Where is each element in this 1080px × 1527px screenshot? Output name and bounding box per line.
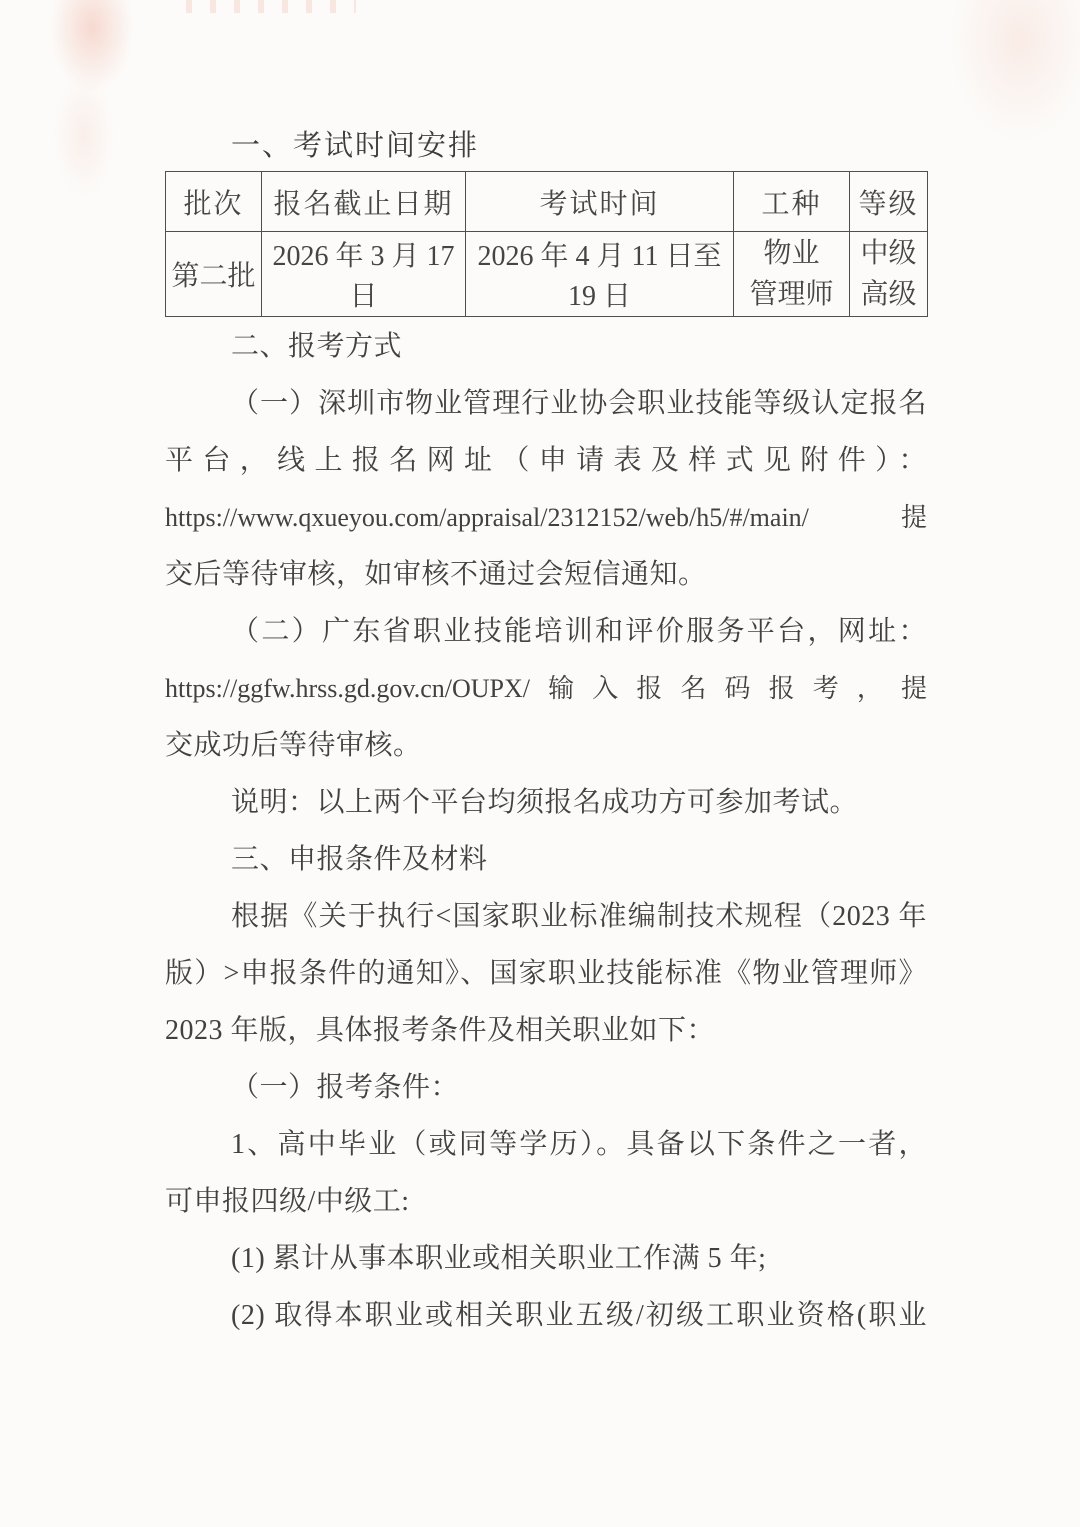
cell-trade-line-1: 物业 — [734, 233, 849, 274]
section-heading-application-conditions: 三、申报条件及材料 — [165, 831, 927, 888]
cell-exam-time: 2026 年 4 月 11 日至 19 日 — [466, 232, 734, 317]
scanned-document-page: 一、考试时间安排 批次 报名截止日期 考试时间 工种 等级 — [0, 0, 1080, 1527]
subsection-heading-conditions: （一）报考条件： — [165, 1059, 927, 1116]
text-line: 可申报四级/中级工: — [165, 1173, 927, 1230]
table-row: 第二批 2026 年 3 月 17 日 2026 年 4 月 11 日至 19 … — [166, 232, 928, 317]
col-header-trade: 工种 — [734, 172, 850, 232]
document-content: 一、考试时间安排 批次 报名截止日期 考试时间 工种 等级 — [165, 128, 927, 1344]
col-header-deadline: 报名截止日期 — [262, 172, 466, 232]
text-line: 版）>申报条件的通知》、国家职业技能标准《物业管理师》 — [165, 945, 927, 1002]
section-heading-registration-method: 二、报考方式 — [165, 318, 927, 375]
exam-schedule-table: 批次 报名截止日期 考试时间 工种 等级 第二批 2026 年 3 月 17 日… — [165, 171, 928, 317]
cell-deadline: 2026 年 3 月 17 日 — [262, 232, 466, 317]
scan-stain-top-left — [34, 0, 144, 246]
condition-item-2: (2) 取得本职业或相关职业五级/初级工职业资格(职业 — [165, 1287, 927, 1344]
body-text: 二、报考方式 （一）深圳市物业管理行业协会职业技能等级认定报名 平台，线上报名网… — [165, 318, 927, 1344]
text-line: 交后等待审核，如审核不通过会短信通知。 — [165, 546, 927, 603]
text-line: 1、高中毕业（或同等学历）。具备以下条件之一者， — [165, 1116, 927, 1173]
scan-stain-marks-top — [186, 0, 356, 13]
condition-item-1: (1) 累计从事本职业或相关职业工作满 5 年; — [165, 1230, 927, 1287]
table-header-row: 批次 报名截止日期 考试时间 工种 等级 — [166, 172, 928, 232]
cell-trade-line-2: 管理师 — [734, 274, 849, 315]
text-line: 交成功后等待审核。 — [165, 717, 927, 774]
section-heading-exam-schedule: 一、考试时间安排 — [165, 128, 927, 164]
text-line: 平台，线上报名网址（申请表及样式见附件）： — [165, 432, 927, 489]
text-line: 2023 年版，具体报考条件及相关职业如下： — [165, 1002, 927, 1059]
note-line: 说明：以上两个平台均须报名成功方可参加考试。 — [165, 774, 927, 831]
col-header-batch: 批次 — [166, 172, 262, 232]
col-header-exam-time: 考试时间 — [466, 172, 734, 232]
text-line: 根据《关于执行<国家职业标准编制技术规程（2023 年 — [165, 888, 927, 945]
url-line-ggfw: https://ggfw.hrss.gd.gov.cn/OUPX/输入报名码报考… — [165, 660, 927, 717]
text-line: （二）广东省职业技能培训和评价服务平台，网址： — [165, 603, 927, 660]
text-line: （一）深圳市物业管理行业协会职业技能等级认定报名 — [165, 375, 927, 432]
cell-trade: 物业 管理师 — [734, 232, 850, 317]
cell-level-line-1: 中级 — [850, 233, 927, 274]
scan-stain-top-right — [940, 0, 1080, 200]
cell-batch: 第二批 — [166, 232, 262, 317]
cell-level: 中级 高级 — [850, 232, 928, 317]
cell-level-line-2: 高级 — [850, 274, 927, 315]
col-header-level: 等级 — [850, 172, 928, 232]
url-line-qxueyou: https://www.qxueyou.com/appraisal/231215… — [165, 489, 927, 546]
